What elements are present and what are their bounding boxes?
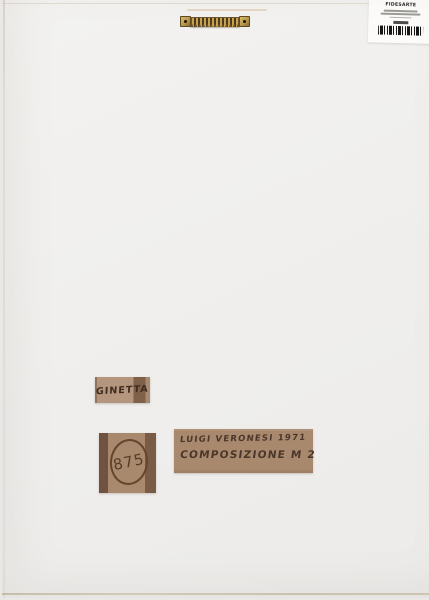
- handwritten-artist-year: LUIGI VERONESI 1971: [179, 433, 308, 445]
- board-top-edge-smudge: [187, 9, 267, 11]
- tape-label-name: GINETTA: [95, 377, 150, 403]
- hanger-plate-right: [239, 16, 250, 27]
- handwritten-number: 875: [112, 450, 147, 474]
- hanger-plate-left: [180, 16, 191, 27]
- handwritten-title: COMPOSIZIONE M 2: [179, 449, 308, 461]
- auction-label-text-line: [389, 17, 411, 19]
- hanger-screw-right: [243, 20, 246, 23]
- sawtooth-hanger-icon: [180, 15, 250, 29]
- barcode: [377, 25, 422, 35]
- board-top-edge: [2, 3, 429, 4]
- tape-label-artist-title: LUIGI VERONESI 1971 COMPOSIZIONE M 2: [174, 429, 313, 473]
- tape-label-number: 875: [99, 433, 156, 493]
- oval-mark: 875: [108, 437, 151, 487]
- handwritten-name: GINETTA: [96, 383, 149, 397]
- board-left-edge: [3, 0, 5, 598]
- board-bottom-edge: [2, 593, 429, 595]
- auction-label-number: [393, 21, 408, 24]
- artwork-back-photo: FIDESARTE GINETTA 875 LUIGI VERONESI 197…: [0, 0, 429, 600]
- hanger-screw-left: [184, 20, 187, 23]
- backing-board: FIDESARTE GINETTA 875 LUIGI VERONESI 197…: [2, 0, 429, 598]
- auction-label-text-line: [381, 13, 421, 16]
- photo-vignette: [2, 0, 429, 598]
- auction-label-header: FIDESARTE: [376, 2, 426, 8]
- auction-house-label: FIDESARTE: [368, 0, 429, 44]
